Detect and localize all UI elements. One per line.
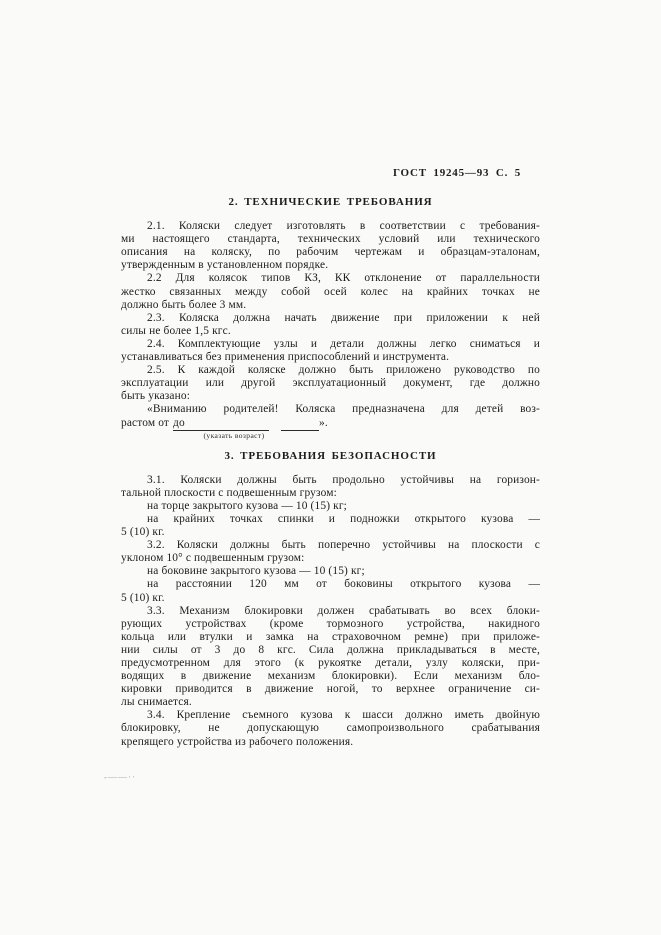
document-content: 2. ТЕХНИЧЕСКИЕ ТРЕБОВАНИЯ2.1. Коляски сл…: [121, 186, 540, 749]
paragraph: 2.2 Для колясок типов КЗ, КК отклонение …: [121, 272, 540, 311]
text-line: 2.3. Коляска должна начать движение при …: [121, 312, 540, 325]
text-line: 5 (10) кг.: [121, 526, 540, 539]
fill-prefix: растом от: [121, 417, 169, 429]
text-line: на торце закрытого кузова — 10 (15) кг;: [121, 500, 540, 513]
text-line: 2.1. Коляски следует изготовлять в соотв…: [121, 220, 540, 233]
text-line: предусмотренном для этого (к рукоятке де…: [121, 657, 540, 670]
paragraph: 2.3. Коляска должна начать движение при …: [121, 312, 540, 338]
text-line: 3.3. Механизм блокировки должен срабатыв…: [121, 605, 540, 618]
text-line: 2.5. К каждой коляске должно быть прилож…: [121, 364, 540, 377]
paragraph: 2.4. Комплектующие узлы и детали должны …: [121, 338, 540, 364]
text-line: утвержденным в установленном порядке.: [121, 259, 540, 272]
paragraph: 3.4. Крепление съемного кузова к шасси д…: [121, 709, 540, 748]
text-line: крепящего устройства из рабочего положен…: [121, 736, 540, 749]
paragraph: 2.5. К каждой коляске должно быть прилож…: [121, 364, 540, 403]
text-line: на боковине закрытого кузова — 10 (15) к…: [121, 565, 540, 578]
text-line: ми настоящего стандарта, технических усл…: [121, 233, 540, 246]
text-line: эксплуатации или другой эксплуатационный…: [121, 377, 540, 390]
text-line: силы не более 1,5 кгс.: [121, 325, 540, 338]
text-line: 3.4. Крепление съемного кузова к шасси д…: [121, 709, 540, 722]
text-line: устанавливаться без применения приспособ…: [121, 351, 540, 364]
text-line: «Вниманию родителей! Коляска предназначе…: [121, 403, 540, 416]
text-line: рующих устройствах (кроме тормозного уст…: [121, 618, 540, 631]
text-line: лы снимается.: [121, 696, 540, 709]
text-line: жестко связанных между собой осей колес …: [121, 286, 540, 299]
fill-in-line: растом отдо ».: [121, 417, 540, 431]
text-line: 5 (10) кг.: [121, 592, 540, 605]
paragraph: на боковине закрытого кузова — 10 (15) к…: [121, 565, 540, 578]
paragraph: 3.3. Механизм блокировки должен срабатыв…: [121, 605, 540, 710]
text-line: 2.4. Комплектующие узлы и детали должны …: [121, 338, 540, 351]
paragraph: на торце закрытого кузова — 10 (15) кг;: [121, 500, 540, 513]
fill-blank-to: [281, 417, 319, 431]
text-line: кировки приводится в движение ногой, то …: [121, 683, 540, 696]
text-line: 2.2 Для колясок типов КЗ, КК отклонение …: [121, 272, 540, 285]
fill-gap: [269, 417, 281, 430]
text-line: 3.1. Коляски должны быть продольно устой…: [121, 474, 540, 487]
text-line: кольца или втулки и замка на страховочно…: [121, 631, 540, 644]
section-heading: 3. ТРЕБОВАНИЯ БЕЗОПАСНОСТИ: [121, 450, 540, 463]
text-line: тальной плоскости с подвешенным грузом:: [121, 487, 540, 500]
text-line: блокировку, не допускающую самопроизволь…: [121, 722, 540, 735]
text-line: 3.2. Коляски должны быть поперечно устой…: [121, 539, 540, 552]
fill-blank-from: до: [173, 417, 269, 431]
text-line: нии силы от 3 до 8 кгс. Сила должна прик…: [121, 644, 540, 657]
text-line: на расстоянии 120 мм от боковины открыто…: [121, 578, 540, 591]
text-line: должно быть более 3 мм.: [121, 299, 540, 312]
fill-paragraph: «Вниманию родителей! Коляска предназначе…: [121, 403, 540, 439]
text-line: водящих в движение механизм блокировки).…: [121, 670, 540, 683]
fill-caption: (указать возраст): [186, 431, 282, 440]
paragraph: 3.2. Коляски должны быть поперечно устой…: [121, 539, 540, 565]
page-header: ГОСТ 19245—93 С. 5: [121, 167, 521, 179]
paragraph: 3.1. Коляски должны быть продольно устой…: [121, 474, 540, 500]
scan-artifact: -——··: [104, 772, 136, 782]
section-heading: 2. ТЕХНИЧЕСКИЕ ТРЕБОВАНИЯ: [121, 196, 540, 209]
text-line: уклоном 10° с подвешенным грузом:: [121, 552, 540, 565]
paragraph: 2.1. Коляски следует изготовлять в соотв…: [121, 220, 540, 272]
paragraph: на расстоянии 120 мм от боковины открыто…: [121, 578, 540, 604]
text-line: быть указано:: [121, 390, 540, 403]
paragraph: на крайних точках спинки и подножки откр…: [121, 513, 540, 539]
fill-suffix: ».: [319, 417, 328, 429]
text-line: описания на коляску, по рабочим чертежам…: [121, 246, 540, 259]
text-line: на крайних точках спинки и подножки откр…: [121, 513, 540, 526]
